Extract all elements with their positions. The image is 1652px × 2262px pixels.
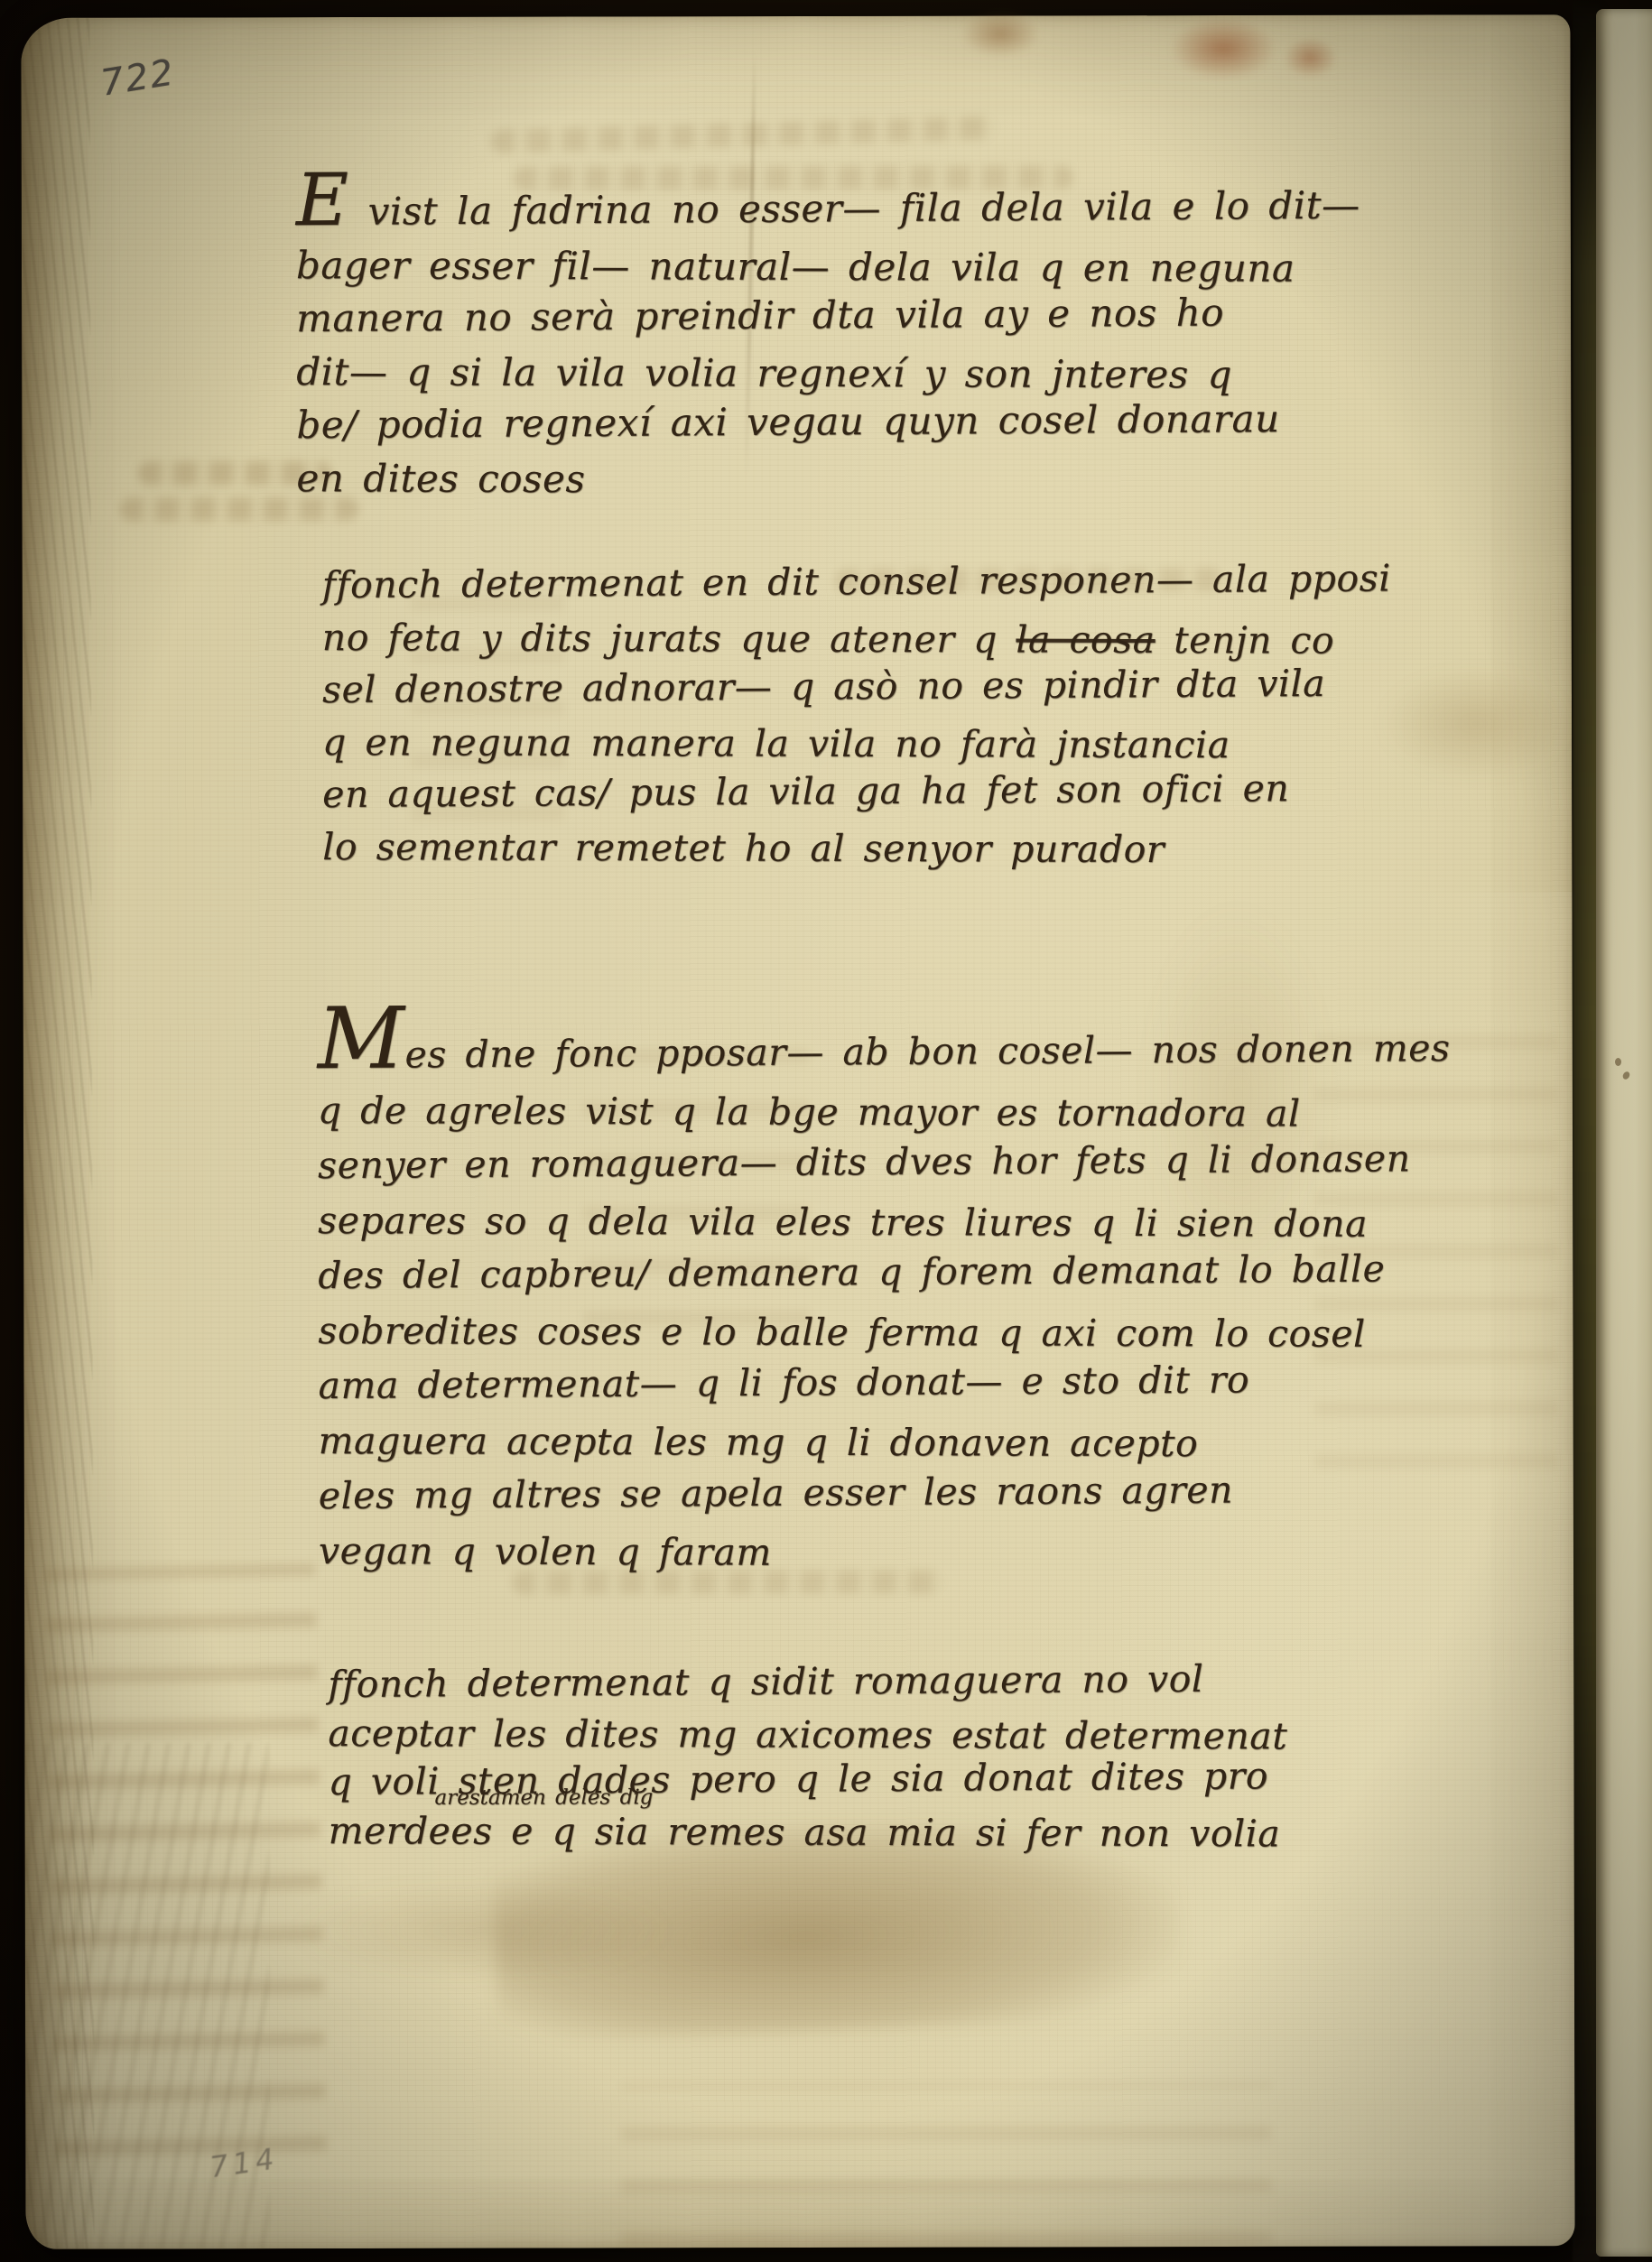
interlinear-insertion: arestamen deles dig bbox=[434, 1773, 653, 1822]
handwritten-line: ama determenat— q li fos donat— e sto di… bbox=[318, 1351, 1451, 1414]
handwritten-line: lo sementar remetet ho al senyor purador bbox=[322, 820, 1391, 876]
paragraph-3: Mes dne fonc pposar— ab bon cosel— nos d… bbox=[318, 1025, 1452, 1579]
handwritten-line: eles mg altres se apela esser les raons … bbox=[319, 1461, 1452, 1524]
adjacent-page-edge bbox=[1596, 9, 1652, 2257]
handwritten-line: sel denostre adnorar— q asò no es pindir… bbox=[322, 656, 1391, 716]
paper-speck bbox=[1615, 1058, 1621, 1066]
handwritten-line: vegan q volen q faram bbox=[319, 1524, 1452, 1582]
handwritten-line: Mes dne fonc pposar— ab bon cosel— nos d… bbox=[318, 1021, 1451, 1083]
handwritten-line: ffonch determenat q sidit romaguera no v… bbox=[328, 1654, 1287, 1709]
handwritten-line: en aquest cas/ pus la vila ga ha fet son… bbox=[322, 761, 1391, 820]
handwritten-line: manera no serà preindir dta vila ay e no… bbox=[296, 285, 1360, 346]
handwritten-line: ffonch determenat en dit consel responen… bbox=[322, 552, 1391, 611]
paragraph-4: ffonch determenat q sidit romaguera no v… bbox=[328, 1658, 1287, 1855]
handwritten-line: en dites coses bbox=[296, 451, 1360, 508]
handwritten-line: des del capbreu/ demanera q forem demana… bbox=[318, 1241, 1451, 1303]
struck-out-words: la cosa bbox=[1016, 618, 1155, 662]
paragraph-1: E vist la fadrina no esser— fila dela vi… bbox=[296, 183, 1360, 505]
handwritten-line: senyer en romaguera— dits dves hor fets … bbox=[318, 1131, 1451, 1193]
manuscript-text: E vist la fadrina no esser— fila dela vi… bbox=[21, 14, 1574, 2249]
handwritten-line: be/ podia regnexí axi vegau quyn cosel d… bbox=[296, 392, 1360, 452]
manuscript-photo: 722 E vist la fadrina no esser— fila del… bbox=[0, 0, 1652, 2262]
paragraph-2: ffonch determenat en dit consel responen… bbox=[322, 557, 1392, 873]
manuscript-page: 722 E vist la fadrina no esser— fila del… bbox=[21, 14, 1574, 2249]
handwritten-line: E vist la fadrina no esser— fila dela vi… bbox=[296, 179, 1360, 239]
